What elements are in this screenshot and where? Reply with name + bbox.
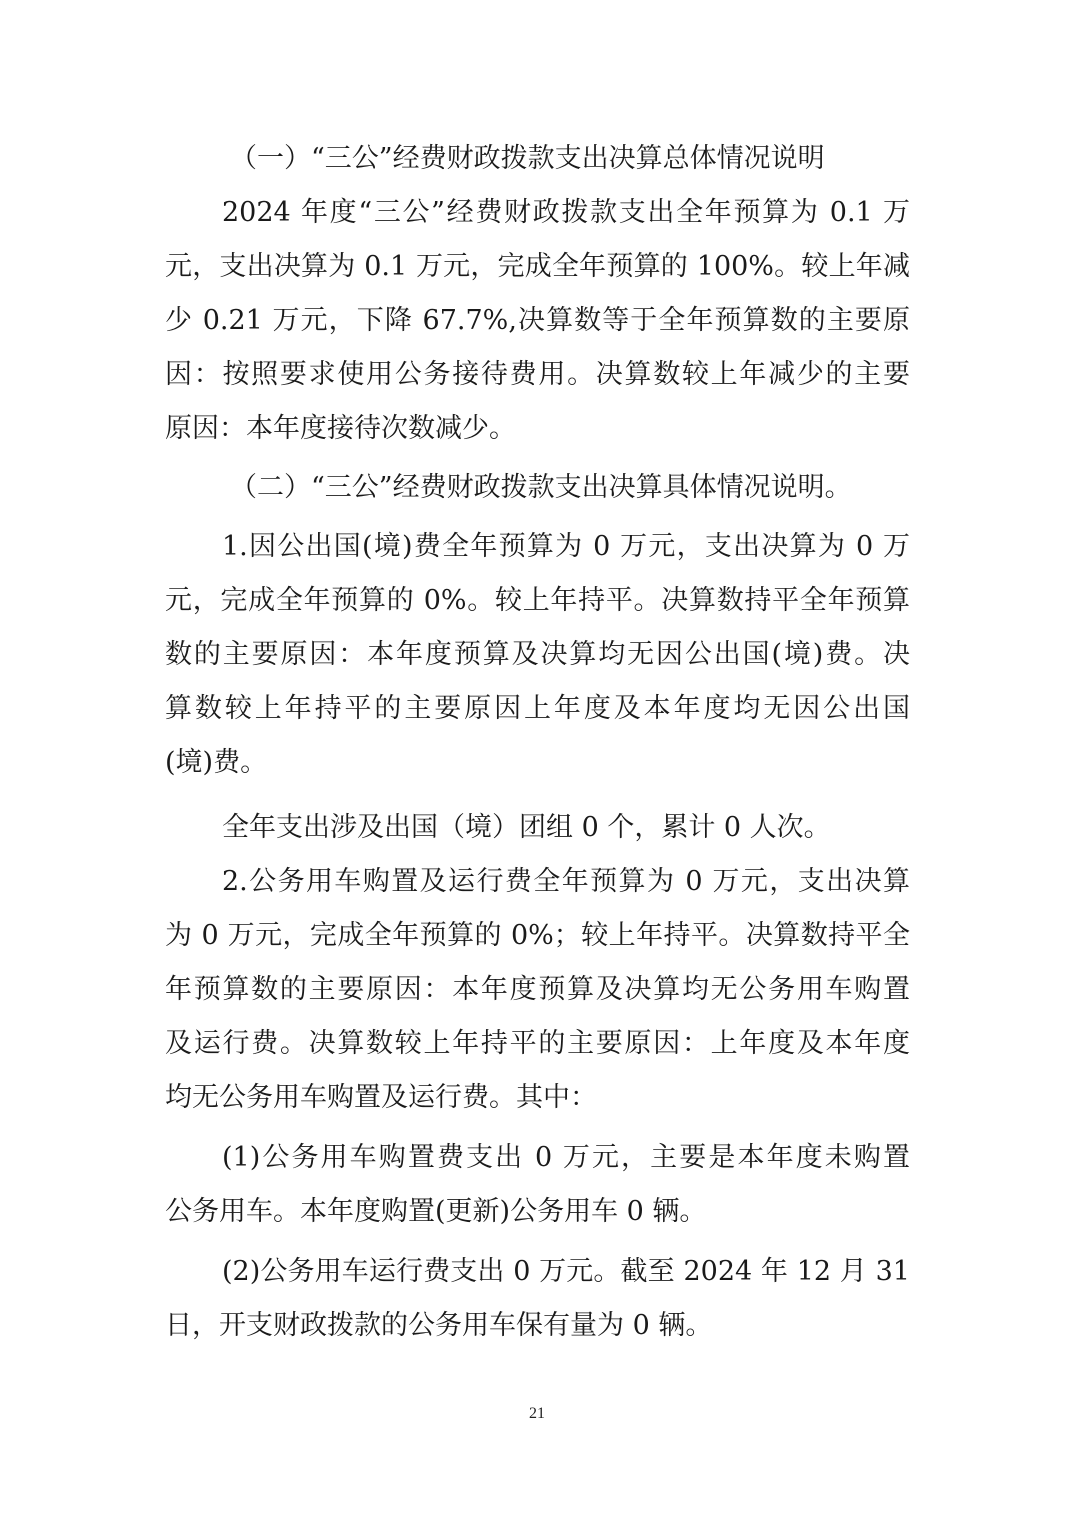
- paragraph-line: (1)公务用车购置费支出 0 万元，主要是本年度未购置: [222, 1138, 910, 1178]
- paragraph-line: 原因：本年度接待次数减少。: [165, 409, 910, 449]
- paragraph-line: 元，完成全年预算的 0%。较上年持平。决算数持平全年预算: [165, 581, 910, 621]
- section-heading-overall: （一）“三公”经费财政拨款支出决算总体情况说明: [230, 139, 910, 179]
- page-number: 21: [0, 1405, 1074, 1423]
- paragraph-line: 少 0.21 万元，下降 67.7%,决算数等于全年预算数的主要原: [165, 301, 910, 341]
- paragraph-line: 元，支出决算为 0.1 万元，完成全年预算的 100%。较上年减: [165, 247, 910, 287]
- paragraph-line: 1.因公出国(境)费全年预算为 0 万元，支出决算为 0 万: [222, 527, 910, 567]
- paragraph-line: 2.公务用车购置及运行费全年预算为 0 万元，支出决算: [222, 862, 910, 902]
- paragraph-line: 因：按照要求使用公务接待费用。决算数较上年减少的主要: [165, 355, 910, 395]
- paragraph-line: 算数较上年持平的主要原因上年度及本年度均无因公出国: [165, 689, 910, 729]
- paragraph-line: 年预算数的主要原因：本年度预算及决算均无公务用车购置: [165, 970, 910, 1010]
- paragraph-line: 均无公务用车购置及运行费。其中：: [165, 1078, 910, 1118]
- paragraph-line: 及运行费。决算数较上年持平的主要原因：上年度及本年度: [165, 1024, 910, 1064]
- paragraph-line: 2024 年度“三公”经费财政拨款支出全年预算为 0.1 万: [222, 193, 910, 233]
- paragraph-line: (2)公务用车运行费支出 0 万元。截至 2024 年 12 月 31: [222, 1252, 910, 1292]
- paragraph-line: 为 0 万元，完成全年预算的 0%；较上年持平。决算数持平全: [165, 916, 910, 956]
- paragraph-line: (境)费。: [165, 743, 910, 783]
- paragraph-line: 数的主要原因：本年度预算及决算均无因公出国(境)费。决: [165, 635, 910, 675]
- paragraph-line: 日，开支财政拨款的公务用车保有量为 0 辆。: [165, 1306, 910, 1346]
- paragraph-line: 公务用车。本年度购置(更新)公务用车 0 辆。: [165, 1192, 910, 1232]
- section-heading-detail: （二）“三公”经费财政拨款支出决算具体情况说明。: [230, 468, 910, 508]
- paragraph-line: 全年支出涉及出国（境）团组 0 个，累计 0 人次。: [222, 808, 910, 848]
- document-page: （一）“三公”经费财政拨款支出决算总体情况说明 2024 年度“三公”经费财政拨…: [0, 0, 1074, 1520]
